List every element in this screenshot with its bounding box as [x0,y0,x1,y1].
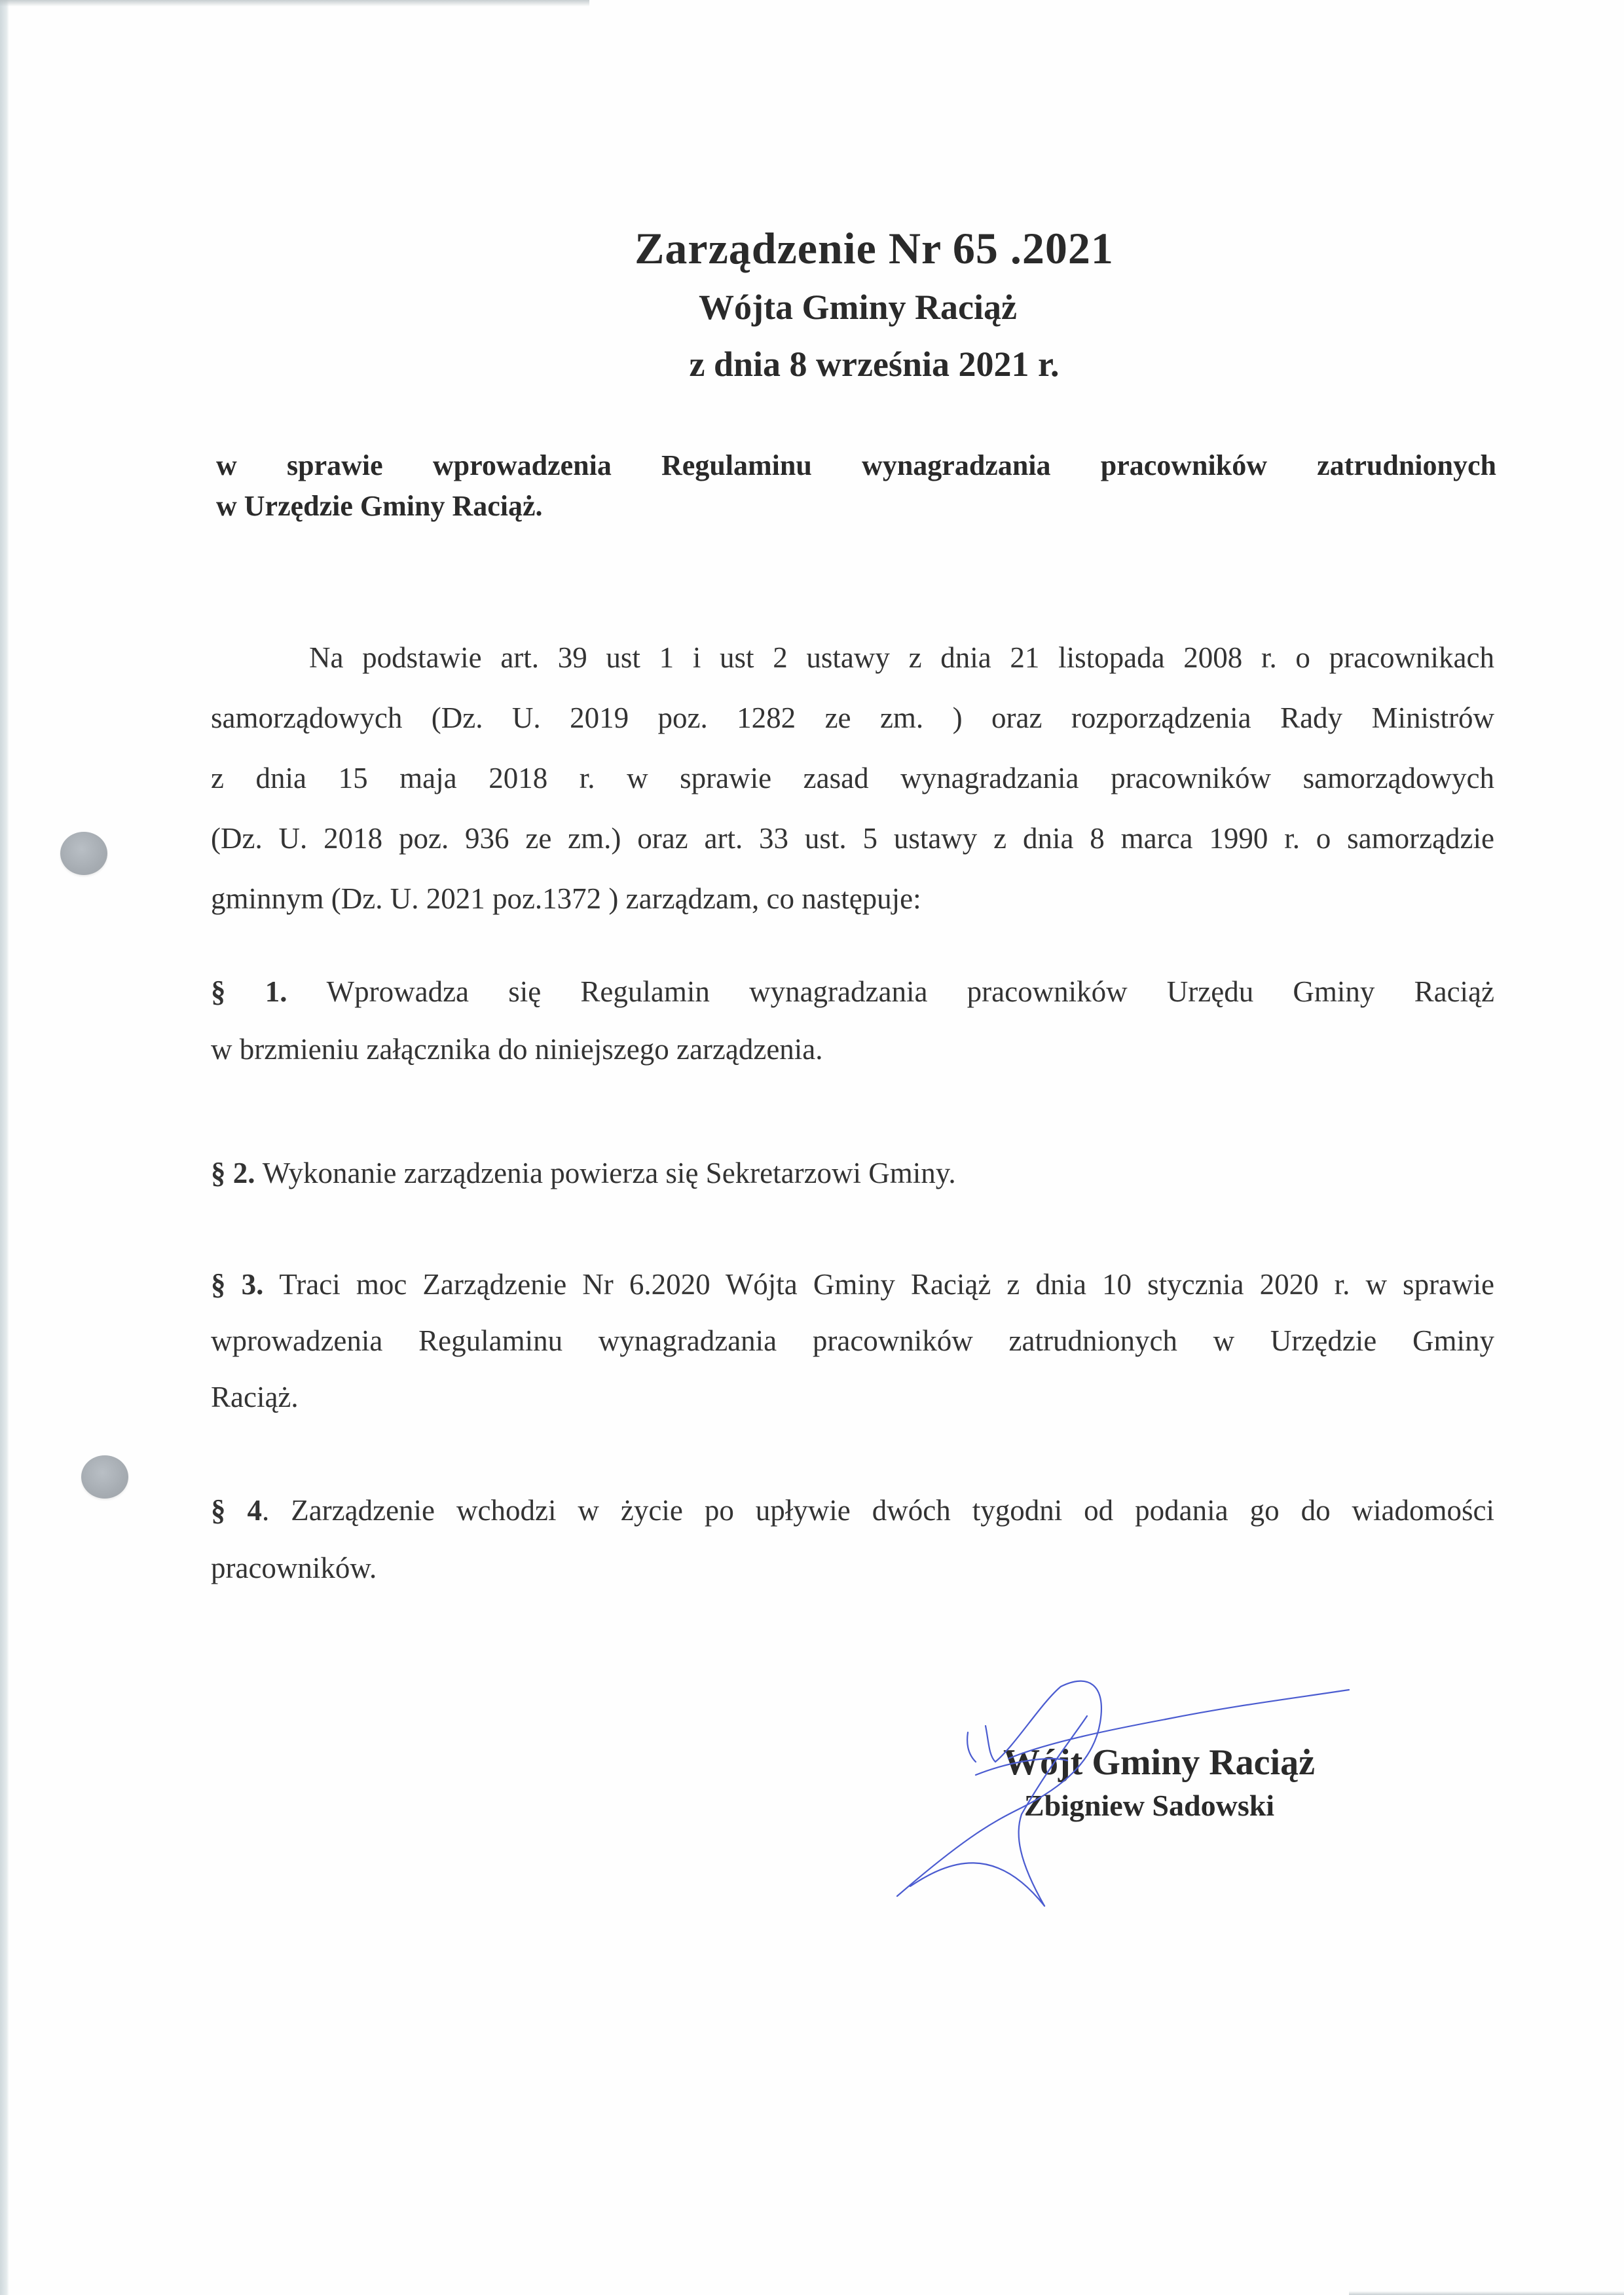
section-number: § 4 [211,1494,262,1527]
section-4: § 4. Zarządzenie wchodzi w życie po upły… [211,1482,1494,1597]
section-text: Raciąż. [211,1369,1494,1425]
preamble-line: samorządowych (Dz. U. 2019 poz. 1282 ze … [211,688,1494,748]
section-3: § 3. Traci moc Zarządzenie Nr 6.2020 Wój… [211,1256,1494,1425]
subject-line: w Urzędzie Gminy Raciąż. [216,490,543,522]
preamble-line: z dnia 15 maja 2018 r. w sprawie zasad w… [211,748,1494,808]
document-title: Zarządzenie Nr 65 .2021 [62,223,1624,274]
section-2: § 2. Wykonanie zarządzenia powierza się … [211,1143,1494,1203]
document-date: z dnia 8 września 2021 r. [62,344,1624,384]
preamble-paragraph: Na podstawie art. 39 ust 1 i ust 2 ustaw… [211,627,1494,929]
scan-edge-top [0,0,589,7]
section-text: Zarządzenie wchodzi w życie po upływie d… [291,1494,1494,1527]
section-text: Wprowadza się Regulamin wynagradzania pr… [327,975,1494,1008]
preamble-line: gminnym (Dz. U. 2021 poz.1372 ) zarządza… [211,868,1494,929]
punch-hole-icon [60,832,107,875]
section-number: § 3. [211,1268,263,1301]
section-number: § 1. [211,975,287,1008]
section-number: § 2. [211,1157,255,1189]
preamble-line: Na podstawie art. 39 ust 1 i ust 2 ustaw… [211,627,1494,688]
signatory-office: Wójt Gminy Raciąż [976,1739,1342,1786]
scan-edge-left [0,0,9,2295]
scan-edge-bottom [1349,2291,1624,2295]
signatory-name: Zbigniew Sadowski [956,1786,1342,1825]
signature-block: Wójt Gminy Raciąż Zbigniew Sadowski [976,1739,1342,1825]
section-text: pracowników. [211,1539,1494,1597]
section-text: wprowadzenia Regulaminu wynagradzania pr… [211,1313,1494,1369]
scanned-page: Zarządzenie Nr 65 .2021 Wójta Gminy Raci… [0,0,1624,2295]
punch-hole-icon [81,1455,128,1499]
section-1: § 1. Wprowadza się Regulamin wynagradzan… [211,963,1494,1078]
subject-line: w sprawie wprowadzenia Regulaminu wynagr… [216,445,1496,486]
preamble-line: (Dz. U. 2018 poz. 936 ze zm.) oraz art. … [211,808,1494,868]
section-number-suffix: . [262,1494,269,1527]
document-subject: w sprawie wprowadzenia Regulaminu wynagr… [216,445,1496,527]
document-issuer: Wójta Gminy Raciąż [46,287,1624,327]
section-text: Traci moc Zarządzenie Nr 6.2020 Wójta Gm… [279,1268,1494,1301]
section-text: Wykonanie zarządzenia powierza się Sekre… [263,1157,956,1189]
section-text: w brzmieniu załącznika do niniejszego za… [211,1020,1494,1078]
